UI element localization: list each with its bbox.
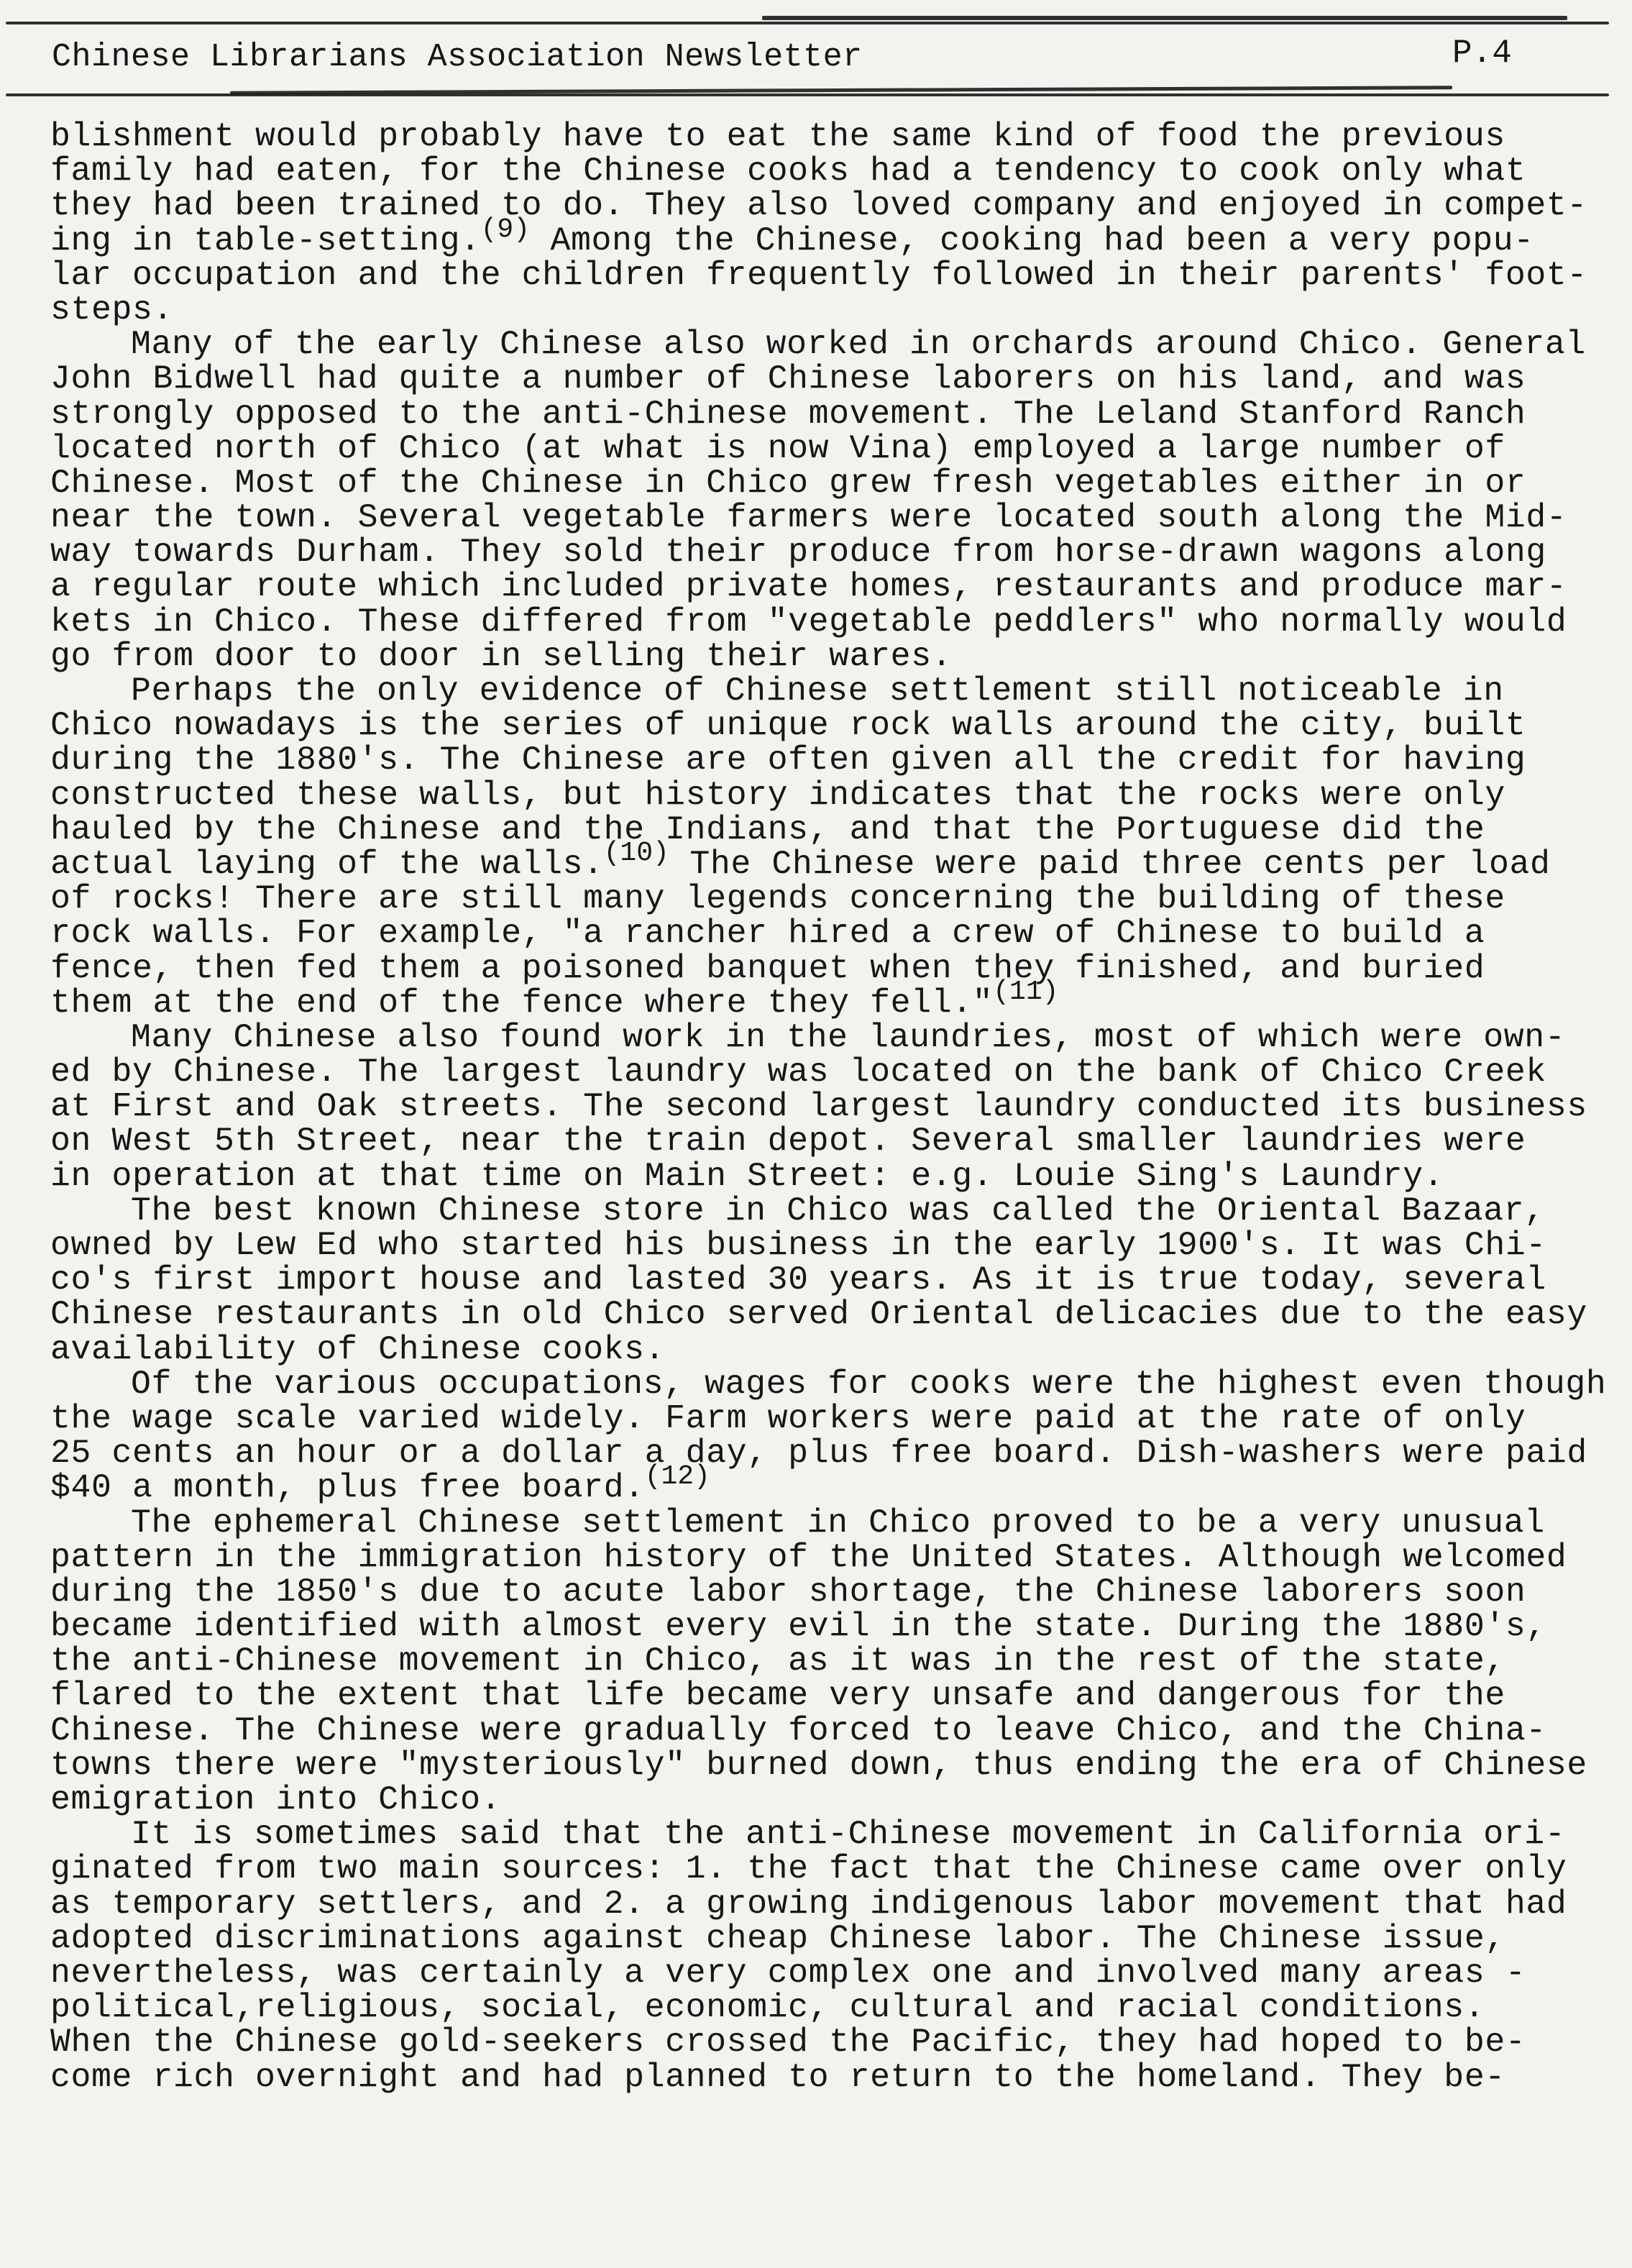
line-text: adopted discriminations against cheap Ch… xyxy=(50,1919,1505,1957)
text-line: the anti-Chinese movement in Chico, as i… xyxy=(50,1644,1610,1678)
text-line: pattern in the immigration history of th… xyxy=(50,1540,1610,1575)
text-line: come rich overnight and had planned to r… xyxy=(50,2060,1610,2095)
footnote-marker: (11) xyxy=(993,977,1058,1007)
line-text: the wage scale varied widely. Farm worke… xyxy=(50,1399,1526,1437)
text-line: ginated from two main sources: 1. the fa… xyxy=(50,1852,1610,1886)
line-text: flared to the extent that life became ve… xyxy=(50,1676,1505,1714)
footnote-marker: (9) xyxy=(481,214,530,245)
line-text: towns there were "mysteriously" burned d… xyxy=(50,1746,1587,1784)
text-line: Chinese restaurants in old Chico served … xyxy=(50,1297,1610,1332)
text-line: adopted discriminations against cheap Ch… xyxy=(50,1921,1610,1956)
line-text: Of the various occupations, wages for co… xyxy=(131,1365,1606,1403)
line-text: fence, then fed them a poisoned banquet … xyxy=(50,949,1485,987)
line-text: Perhaps the only evidence of Chinese set… xyxy=(131,672,1504,710)
text-line: became identified with almost every evil… xyxy=(50,1609,1610,1644)
line-text: lar occupation and the children frequent… xyxy=(50,256,1587,294)
text-line: located north of Chico (at what is now V… xyxy=(50,431,1610,466)
text-line: $40 a month, plus free board.(12) xyxy=(50,1471,1610,1505)
line-text: ed by Chinese. The largest laundry was l… xyxy=(50,1053,1546,1091)
text-line: during the 1880's. The Chinese are often… xyxy=(50,743,1610,777)
text-line: Perhaps the only evidence of Chinese set… xyxy=(50,674,1610,708)
text-line: they had been trained to do. They also l… xyxy=(50,188,1610,223)
newsletter-title: Chinese Librarians Association Newslette… xyxy=(52,37,863,78)
text-line: ed by Chinese. The largest laundry was l… xyxy=(50,1055,1610,1089)
line-text: on West 5th Street, near the train depot… xyxy=(50,1122,1526,1160)
line-text: near the town. Several vegetable farmers… xyxy=(50,498,1567,536)
line-text: blishment would probably have to eat the… xyxy=(50,117,1505,155)
text-line: emigration into Chico. xyxy=(50,1783,1610,1817)
text-line: 25 cents an hour or a dollar a day, plus… xyxy=(50,1436,1610,1471)
line-text: during the 1850's due to acute labor sho… xyxy=(50,1573,1526,1611)
line-text: strongly opposed to the anti-Chinese mov… xyxy=(50,395,1526,433)
line-text: way towards Durham. They sold their prod… xyxy=(50,533,1546,571)
line-text: availability of Chinese cooks. xyxy=(50,1330,665,1368)
text-line: nevertheless, was certainly a very compl… xyxy=(50,1956,1610,1990)
text-line: go from door to door in selling their wa… xyxy=(50,639,1610,674)
line-text: go from door to door in selling their wa… xyxy=(50,637,952,675)
line-text: Chinese. Most of the Chinese in Chico gr… xyxy=(50,464,1526,502)
text-line: strongly opposed to the anti-Chinese mov… xyxy=(50,397,1610,431)
text-line: during the 1850's due to acute labor sho… xyxy=(50,1575,1610,1609)
text-line: owned by Lew Ed who started his business… xyxy=(50,1228,1610,1263)
text-line: availability of Chinese cooks. xyxy=(50,1332,1610,1367)
text-line: steps. xyxy=(50,293,1610,327)
text-line: political,religious, social, economic, c… xyxy=(50,1990,1610,2025)
line-text: located north of Chico (at what is now V… xyxy=(50,429,1505,467)
line-text: owned by Lew Ed who started his business… xyxy=(50,1226,1546,1264)
text-line: hauled by the Chinese and the Indians, a… xyxy=(50,813,1610,847)
line-text: ing in table-setting. xyxy=(50,221,481,260)
line-text: emigration into Chico. xyxy=(50,1780,501,1819)
text-line: them at the end of the fence where they … xyxy=(50,986,1610,1020)
line-text: co's first import house and lasted 30 ye… xyxy=(50,1261,1546,1299)
text-line: The ephemeral Chinese settlement in Chic… xyxy=(50,1506,1610,1540)
line-text: Chico nowadays is the series of unique r… xyxy=(50,706,1526,744)
line-text: rock walls. For example, "a rancher hire… xyxy=(50,914,1485,952)
line-text: $40 a month, plus free board. xyxy=(50,1468,645,1506)
line-text: steps. xyxy=(50,291,173,329)
line-text: hauled by the Chinese and the Indians, a… xyxy=(50,810,1485,849)
text-line: on West 5th Street, near the train depot… xyxy=(50,1124,1610,1158)
text-line: at First and Oak streets. The second lar… xyxy=(50,1089,1610,1124)
text-line: When the Chinese gold-seekers crossed th… xyxy=(50,2025,1610,2059)
line-text: nevertheless, was certainly a very compl… xyxy=(50,1954,1526,1992)
line-text: It is sometimes said that the anti-Chine… xyxy=(131,1815,1565,1853)
text-line: Chico nowadays is the series of unique r… xyxy=(50,708,1610,743)
line-text: Many Chinese also found work in the laun… xyxy=(131,1018,1565,1056)
line-text: ginated from two main sources: 1. the fa… xyxy=(50,1849,1567,1888)
text-line: of rocks! There are still many legends c… xyxy=(50,882,1610,916)
text-line: Of the various occupations, wages for co… xyxy=(50,1367,1610,1402)
line-text: actual laying of the walls. xyxy=(50,845,604,883)
line-text: a regular route which included private h… xyxy=(50,567,1567,605)
top-rule xyxy=(6,22,1609,24)
line-text: in operation at that time on Main Street… xyxy=(50,1157,1444,1195)
text-line: a regular route which included private h… xyxy=(50,570,1610,604)
line-text: come rich overnight and had planned to r… xyxy=(50,2058,1505,2096)
line-text: Chinese. The Chinese were gradually forc… xyxy=(50,1711,1546,1750)
line-text: them at the end of the fence where they … xyxy=(50,984,993,1022)
text-line: near the town. Several vegetable farmers… xyxy=(50,500,1610,535)
text-line: lar occupation and the children frequent… xyxy=(50,258,1610,293)
line-text: Chinese restaurants in old Chico served … xyxy=(50,1295,1587,1333)
line-text-continued: The Chinese were paid three cents per lo… xyxy=(669,845,1551,883)
line-text: of rocks! There are still many legends c… xyxy=(50,879,1505,918)
line-text: constructed these walls, but history ind… xyxy=(50,776,1505,814)
line-text: The best known Chinese store in Chico wa… xyxy=(131,1192,1545,1230)
text-line: ing in table-setting.(9) Among the Chine… xyxy=(50,224,1610,258)
text-line: actual laying of the walls.(10) The Chin… xyxy=(50,847,1610,882)
text-line: kets in Chico. These differed from "vege… xyxy=(50,605,1610,639)
text-line: flared to the extent that life became ve… xyxy=(50,1678,1610,1713)
line-text: kets in Chico. These differed from "vege… xyxy=(50,603,1567,641)
text-line: in operation at that time on Main Street… xyxy=(50,1159,1610,1194)
line-text: political,religious, social, economic, c… xyxy=(50,1988,1485,2026)
text-line: Many Chinese also found work in the laun… xyxy=(50,1020,1610,1055)
text-line: rock walls. For example, "a rancher hire… xyxy=(50,916,1610,951)
line-text: as temporary settlers, and 2. a growing … xyxy=(50,1885,1567,1923)
line-text: 25 cents an hour or a dollar a day, plus… xyxy=(50,1434,1587,1472)
line-text: family had eaten, for the Chinese cooks … xyxy=(50,152,1526,190)
footnote-marker: (12) xyxy=(645,1461,710,1492)
text-line: family had eaten, for the Chinese cooks … xyxy=(50,154,1610,188)
line-text: during the 1880's. The Chinese are often… xyxy=(50,741,1526,779)
text-line: It is sometimes said that the anti-Chine… xyxy=(50,1817,1610,1852)
text-line: constructed these walls, but history ind… xyxy=(50,778,1610,813)
footnote-marker: (10) xyxy=(604,838,669,869)
top-rule-accent xyxy=(762,16,1567,20)
text-line: towns there were "mysteriously" burned d… xyxy=(50,1748,1610,1783)
text-line: Chinese. The Chinese were gradually forc… xyxy=(50,1714,1610,1748)
text-line: co's first import house and lasted 30 ye… xyxy=(50,1263,1610,1297)
text-line: blishment would probably have to eat the… xyxy=(50,119,1610,154)
text-line: Many of the early Chinese also worked in… xyxy=(50,327,1610,362)
text-line: The best known Chinese store in Chico wa… xyxy=(50,1194,1610,1228)
line-text: John Bidwell had quite a number of Chine… xyxy=(50,360,1526,398)
line-text: pattern in the immigration history of th… xyxy=(50,1538,1567,1576)
page-number: P.4 xyxy=(1452,33,1512,73)
text-line: fence, then fed them a poisoned banquet … xyxy=(50,951,1610,986)
line-text: the anti-Chinese movement in Chico, as i… xyxy=(50,1642,1505,1680)
line-text: became identified with almost every evil… xyxy=(50,1607,1546,1645)
text-line: the wage scale varied widely. Farm worke… xyxy=(50,1402,1610,1436)
text-line: way towards Durham. They sold their prod… xyxy=(50,535,1610,570)
line-text: Many of the early Chinese also worked in… xyxy=(131,325,1586,363)
line-text: at First and Oak streets. The second lar… xyxy=(50,1087,1587,1125)
line-text: The ephemeral Chinese settlement in Chic… xyxy=(131,1504,1545,1542)
text-line: John Bidwell had quite a number of Chine… xyxy=(50,362,1610,396)
text-line: Chinese. Most of the Chinese in Chico gr… xyxy=(50,466,1610,500)
text-line: as temporary settlers, and 2. a growing … xyxy=(50,1887,1610,1921)
article-body: blishment would probably have to eat the… xyxy=(50,119,1610,2095)
line-text: When the Chinese gold-seekers crossed th… xyxy=(50,2023,1526,2061)
line-text: they had been trained to do. They also l… xyxy=(50,186,1587,224)
line-text-continued: Among the Chinese, cooking had been a ve… xyxy=(530,221,1534,260)
